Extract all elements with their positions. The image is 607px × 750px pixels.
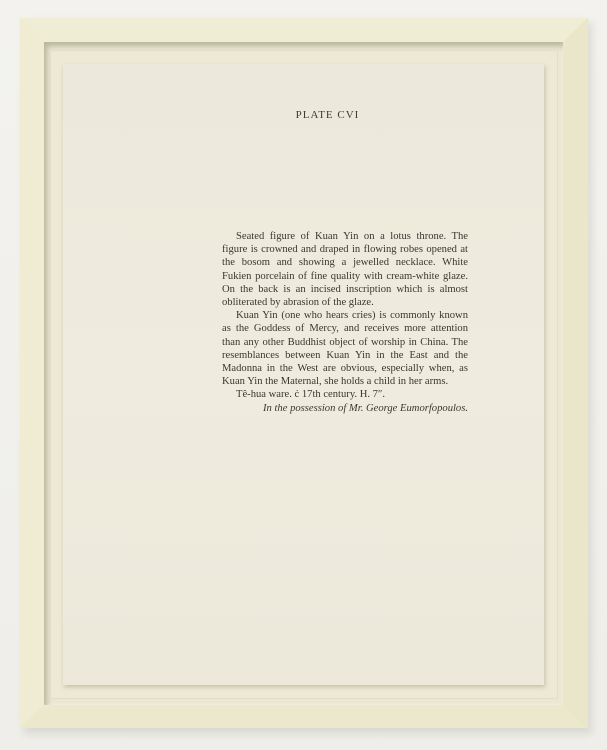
caption-ware-line: Tê-hua ware. ċ 17th century. H. 7″. bbox=[222, 388, 468, 401]
caption-paragraph-context: Kuan Yin (one who hears cries) is common… bbox=[222, 309, 468, 388]
caption-possession-line: In the possession of Mr. George Eumorfop… bbox=[222, 402, 468, 415]
plate-caption: Seated figure of Kuan Yin on a lotus thr… bbox=[222, 230, 468, 415]
printed-plate-page: PLATE CVI Seated figure of Kuan Yin on a… bbox=[63, 64, 544, 685]
plate-title: PLATE CVI bbox=[63, 109, 544, 121]
caption-paragraph-description: Seated figure of Kuan Yin on a lotus thr… bbox=[222, 230, 468, 309]
picture-frame: PLATE CVI Seated figure of Kuan Yin on a… bbox=[20, 18, 588, 728]
frame-opening: PLATE CVI Seated figure of Kuan Yin on a… bbox=[44, 42, 563, 705]
